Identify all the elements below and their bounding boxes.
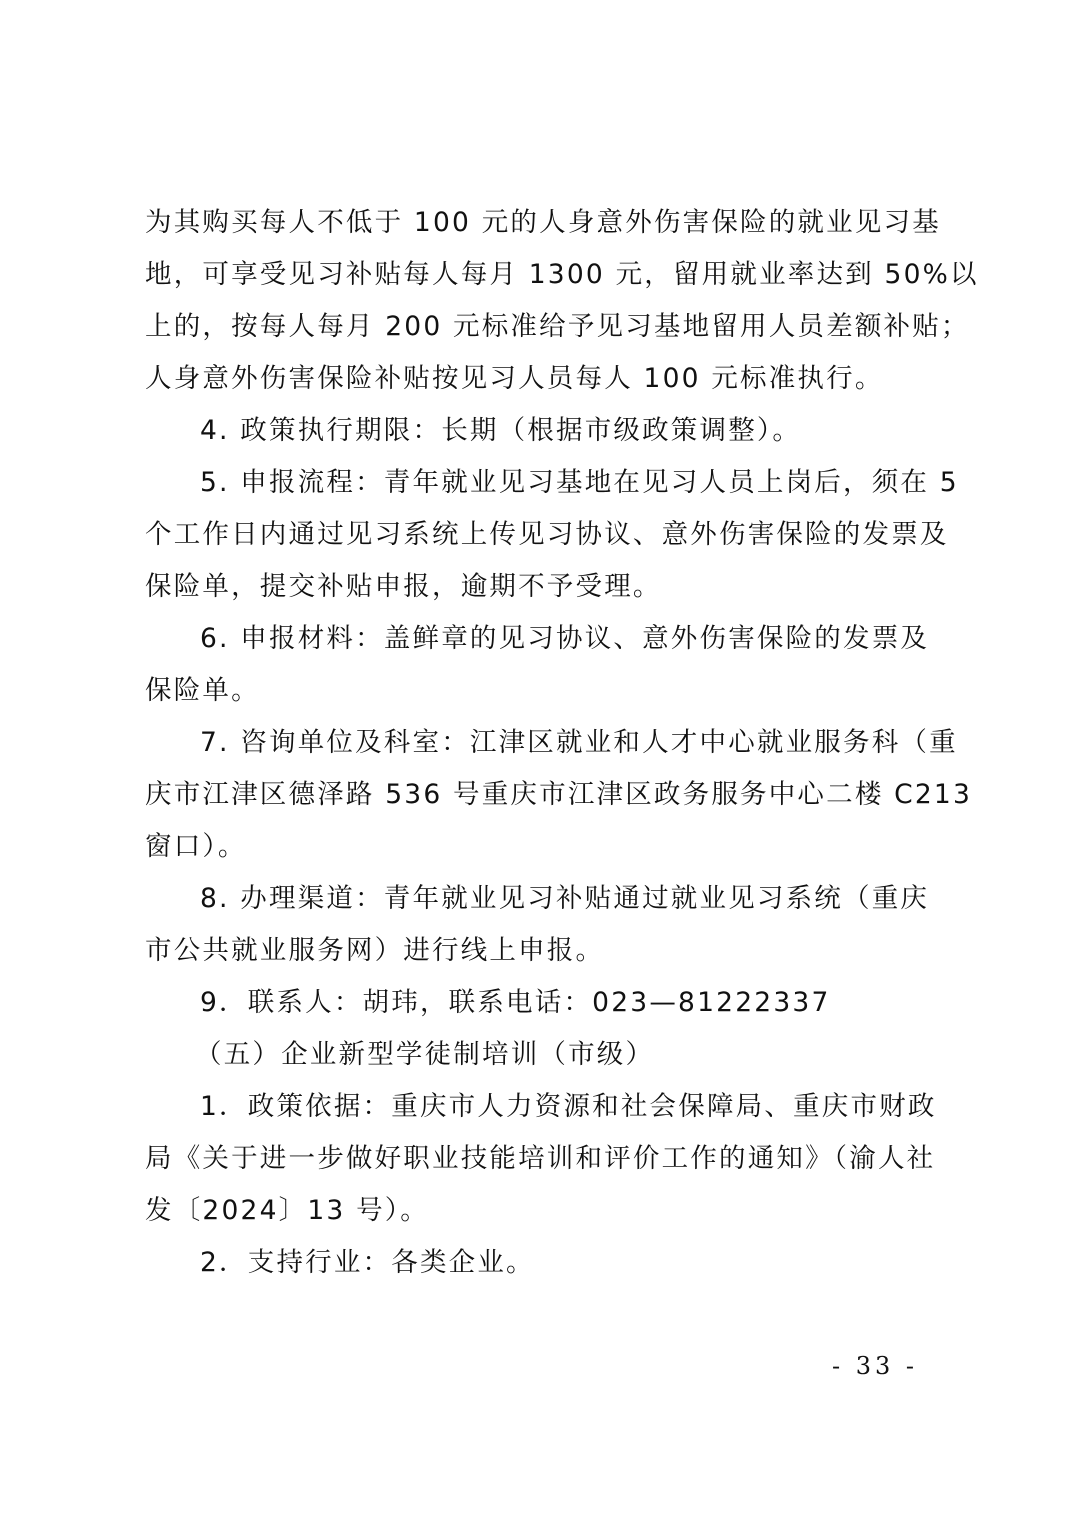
item-7-consult-unit: 7. 咨询单位及科室：江津区就业和人才中心就业服务科（重 <box>200 725 1000 761</box>
text-line: 发〔2024〕13 号）。 <box>145 1193 945 1229</box>
item-5-process: 5. 申报流程：青年就业见习基地在见习人员上岗后，须在 5 <box>200 465 1000 501</box>
section-heading-5: （五）企业新型学徒制培训（市级） <box>195 1037 995 1073</box>
text-line: 个工作日内通过见习系统上传见习协议、意外伤害保险的发票及 <box>145 517 945 553</box>
item-8-channel: 8. 办理渠道：青年就业见习补贴通过就业见习系统（重庆 <box>200 881 1000 917</box>
item-2-industry: 2．支持行业：各类企业。 <box>200 1245 1000 1281</box>
item-9-contact: 9．联系人：胡玮，联系电话：023—81222337 <box>200 985 1000 1021</box>
text-line: 地，可享受见习补贴每人每月 1300 元，留用就业率达到 50%以 <box>145 257 945 293</box>
item-4-policy-period: 4. 政策执行期限：长期（根据市级政策调整）。 <box>200 413 1000 449</box>
text-line: 人身意外伤害保险补贴按见习人员每人 100 元标准执行。 <box>145 361 945 397</box>
text-line: 局《关于进一步做好职业技能培训和评价工作的通知》（渝人社 <box>145 1141 945 1177</box>
text-line: 窗口）。 <box>145 829 945 865</box>
text-line: 庆市江津区德泽路 536 号重庆市江津区政务服务中心二楼 C213 <box>145 777 945 813</box>
item-1-policy-basis: 1．政策依据：重庆市人力资源和社会保障局、重庆市财政 <box>200 1089 1000 1125</box>
text-line: 为其购买每人不低于 100 元的人身意外伤害保险的就业见习基 <box>145 205 945 241</box>
item-6-materials: 6. 申报材料：盖鲜章的见习协议、意外伤害保险的发票及 <box>200 621 1000 657</box>
page-number: - 33 - <box>832 1352 918 1380</box>
text-line: 保险单，提交补贴申报，逾期不予受理。 <box>145 569 945 605</box>
text-line: 上的，按每人每月 200 元标准给予见习基地留用人员差额补贴； <box>145 309 945 345</box>
text-line: 市公共就业服务网）进行线上申报。 <box>145 933 945 969</box>
document-page: 为其购买每人不低于 100 元的人身意外伤害保险的就业见习基 地，可享受见习补贴… <box>0 0 1074 1520</box>
text-line: 保险单。 <box>145 673 945 709</box>
